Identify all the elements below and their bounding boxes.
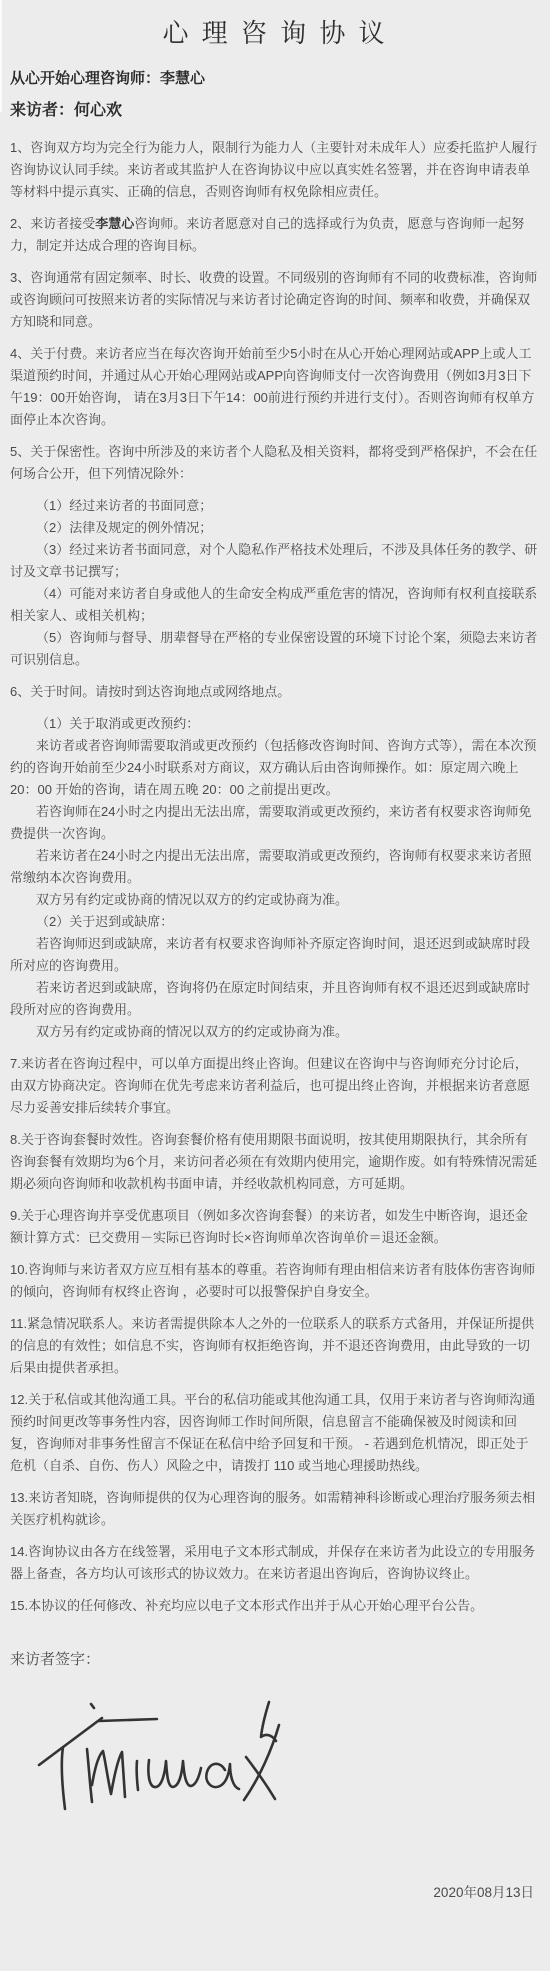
counselor-line: 从心开始心理咨询师：李慧心 — [10, 68, 540, 89]
paragraph-text: 双方另有约定或协商的情况以双方的约定或协商为准。 — [36, 1024, 348, 1039]
paragraph-text: 若咨询师迟到或缺席，来访者有权要求咨询师补齐原定咨询时间，退还迟到或缺席时段所对… — [10, 936, 530, 973]
paragraph-text: 双方另有约定或协商的情况以双方的约定或协商为准。 — [36, 892, 348, 907]
paragraph-text: 6、关于时间。请按时到达咨询地点或网络地点。 — [10, 684, 290, 699]
paragraph-text: （3）经过来访者书面同意，对个人隐私作严格技术处理后，不涉及具体任务的教学、研讨… — [10, 542, 537, 579]
paragraph-text: 15.本协议的任何修改、补充均应以电子文本形式作出并于从心开始心理平台公告。 — [10, 1598, 483, 1613]
paragraph-text: 12.关于私信或其他沟通工具。平台的私信功能或其他沟通工具，仅用于来访者与咨询师… — [10, 1392, 535, 1473]
agreement-paragraph: 2、来访者接受李慧心咨询师。来访者愿意对自己的选择或行为负责，愿意与咨询师一起努… — [10, 213, 540, 257]
counselor-name-emphasis: 李慧心 — [95, 216, 134, 231]
paragraph-text: 1、咨询双方均为完全行为能力人，限制行为能力人（主要针对未成年人）应委托监护人履… — [10, 140, 537, 199]
signature-label: 来访者签字： — [10, 1649, 540, 1671]
paragraph-text: （5）咨询师与督导、朋辈督导在严格的专业保密设置的环境下讨论个案，须隐去来访者可… — [10, 630, 537, 667]
agreement-paragraph: 8.关于咨询套餐时效性。咨询套餐价格有使用期限书面说明，按其使用期限执行，其余所… — [10, 1129, 540, 1195]
paragraph-text: 10.咨询师与来访者双方应互相有基本的尊重。若咨询师有理由相信来访者有肢体伤害咨… — [10, 1262, 535, 1299]
client-signature-strokes — [39, 1702, 279, 1809]
client-signature — [24, 1697, 304, 1817]
agreement-paragraph: （2）关于迟到或缺席： — [10, 911, 540, 933]
paragraph-text: （2）关于迟到或缺席： — [36, 914, 173, 929]
agreement-paragraph: 7.来访者在咨询过程中，可以单方面提出终止咨询。但建议在咨询中与咨询师充分讨论后… — [10, 1053, 540, 1119]
paragraph-text: （1）经过来访者的书面同意； — [36, 498, 212, 513]
agreement-paragraph: 9.关于心理咨询并享受优惠项目（例如多次咨询套餐）的来访者，如发生中断咨询，退还… — [10, 1205, 540, 1249]
agreement-paragraph: （1）关于取消或更改预约： — [10, 713, 540, 735]
document-title: 心 理 咨 询 协 议 — [10, 16, 540, 50]
agreement-paragraph: 若咨询师迟到或缺席，来访者有权要求咨询师补齐原定咨询时间，退还迟到或缺席时段所对… — [10, 933, 540, 977]
paragraph-text: 9.关于心理咨询并享受优惠项目（例如多次咨询套餐）的来访者，如发生中断咨询，退还… — [10, 1208, 528, 1245]
agreement-paragraph: 1、咨询双方均为完全行为能力人，限制行为能力人（主要针对未成年人）应委托监护人履… — [10, 137, 540, 203]
paragraph-text: 8.关于咨询套餐时效性。咨询套餐价格有使用期限书面说明，按其使用期限执行，其余所… — [10, 1132, 537, 1191]
sign-date: 2020年08月13日 — [10, 1881, 540, 1901]
paragraph-text: （4）可能对来访者自身或他人的生命安全构成严重危害的情况，咨询师有权利直接联系相… — [10, 586, 537, 623]
agreement-paragraph: 3、咨询通常有固定频率、时长、收费的设置。不同级别的咨询师有不同的收费标准，咨询… — [10, 267, 540, 333]
agreement-page: 心 理 咨 询 协 议 从心开始心理咨询师：李慧心 来访者：何心欢 1、咨询双方… — [0, 0, 550, 1971]
agreement-paragraph: 若来访者迟到或缺席，咨询将仍在原定时间结束，并且咨询师有权不退还迟到或缺席时段所… — [10, 977, 540, 1021]
paragraph-text: 7.来访者在咨询过程中，可以单方面提出终止咨询。但建议在咨询中与咨询师充分讨论后… — [10, 1056, 530, 1115]
paragraph-text: 若咨询师在24小时之内提出无法出席，需要取消或更改预约，来访者有权要求咨询师免费… — [10, 804, 531, 841]
paragraph-text: 来访者或者咨询师需要取消或更改预约（包括修改咨询时间、咨询方式等），需在本次预约… — [10, 738, 537, 797]
agreement-paragraph: 4、关于付费。来访者应当在每次咨询开始前至少5小时在从心开始心理网站或APP上或… — [10, 343, 540, 431]
paragraph-text: 2、来访者接受 — [10, 216, 95, 231]
agreement-paragraph: （3）经过来访者书面同意，对个人隐私作严格技术处理后，不涉及具体任务的教学、研讨… — [10, 539, 540, 583]
agreement-paragraph: 双方另有约定或协商的情况以双方的约定或协商为准。 — [10, 889, 540, 911]
agreement-paragraph: 来访者或者咨询师需要取消或更改预约（包括修改咨询时间、咨询方式等），需在本次预约… — [10, 735, 540, 801]
paragraph-text: （2）法律及规定的例外情况； — [36, 520, 212, 535]
agreement-paragraph: （4）可能对来访者自身或他人的生命安全构成严重危害的情况，咨询师有权利直接联系相… — [10, 583, 540, 627]
agreement-paragraph: 11.紧急情况联系人。来访者需提供除本人之外的一位联系人的联系方式备用，并保证所… — [10, 1313, 540, 1379]
paragraph-text: 若来访者迟到或缺席，咨询将仍在原定时间结束，并且咨询师有权不退还迟到或缺席时段所… — [10, 980, 530, 1017]
agreement-paragraph: 5、关于保密性。咨询中所涉及的来访者个人隐私及相关资料，都将受到严格保护，不会在… — [10, 441, 540, 485]
agreement-paragraph: 若咨询师在24小时之内提出无法出席，需要取消或更改预约，来访者有权要求咨询师免费… — [10, 801, 540, 845]
agreement-paragraph: 14.咨询协议由各方在线签署，采用电子文本形式制成，并保存在来访者为此设立的专用… — [10, 1541, 540, 1585]
paragraph-text: 3、咨询通常有固定频率、时长、收费的设置。不同级别的咨询师有不同的收费标准，咨询… — [10, 270, 537, 329]
paragraph-text: （1）关于取消或更改预约： — [36, 716, 199, 731]
client-line: 来访者：何心欢 — [10, 100, 540, 121]
agreement-paragraph: （1）经过来访者的书面同意； — [10, 495, 540, 517]
agreement-paragraph: 13.来访者知晓，咨询师提供的仅为心理咨询的服务。如需精神科诊断或心理治疗服务须… — [10, 1487, 540, 1531]
paragraph-text: 13.来访者知晓，咨询师提供的仅为心理咨询的服务。如需精神科诊断或心理治疗服务须… — [10, 1490, 535, 1527]
signature-area — [24, 1697, 304, 1817]
paragraph-text: 4、关于付费。来访者应当在每次咨询开始前至少5小时在从心开始心理网站或APP上或… — [10, 346, 534, 427]
paragraph-text: 14.咨询协议由各方在线签署，采用电子文本形式制成，并保存在来访者为此设立的专用… — [10, 1544, 535, 1581]
agreement-paragraph: （2）法律及规定的例外情况； — [10, 517, 540, 539]
agreement-paragraph: （5）咨询师与督导、朋辈督导在严格的专业保密设置的环境下讨论个案，须隐去来访者可… — [10, 627, 540, 671]
paragraph-text: 5、关于保密性。咨询中所涉及的来访者个人隐私及相关资料，都将受到严格保护，不会在… — [10, 444, 537, 481]
agreement-paragraph: 双方另有约定或协商的情况以双方的约定或协商为准。 — [10, 1021, 540, 1043]
paragraph-text: 若来访者在24小时之内提出无法出席，需要取消或更改预约，咨询师有权要求来访者照常… — [10, 848, 531, 885]
agreement-paragraph: 10.咨询师与来访者双方应互相有基本的尊重。若咨询师有理由相信来访者有肢体伤害咨… — [10, 1259, 540, 1303]
paragraph-text: 11.紧急情况联系人。来访者需提供除本人之外的一位联系人的联系方式备用，并保证所… — [10, 1316, 534, 1375]
page-edge-highlight — [0, 0, 2, 112]
agreement-paragraph: 15.本协议的任何修改、补充均应以电子文本形式作出并于从心开始心理平台公告。 — [10, 1595, 540, 1617]
agreement-body: 1、咨询双方均为完全行为能力人，限制行为能力人（主要针对未成年人）应委托监护人履… — [10, 137, 540, 1617]
agreement-paragraph: 若来访者在24小时之内提出无法出席，需要取消或更改预约，咨询师有权要求来访者照常… — [10, 845, 540, 889]
agreement-paragraph: 12.关于私信或其他沟通工具。平台的私信功能或其他沟通工具，仅用于来访者与咨询师… — [10, 1389, 540, 1477]
agreement-paragraph: 6、关于时间。请按时到达咨询地点或网络地点。 — [10, 681, 540, 703]
